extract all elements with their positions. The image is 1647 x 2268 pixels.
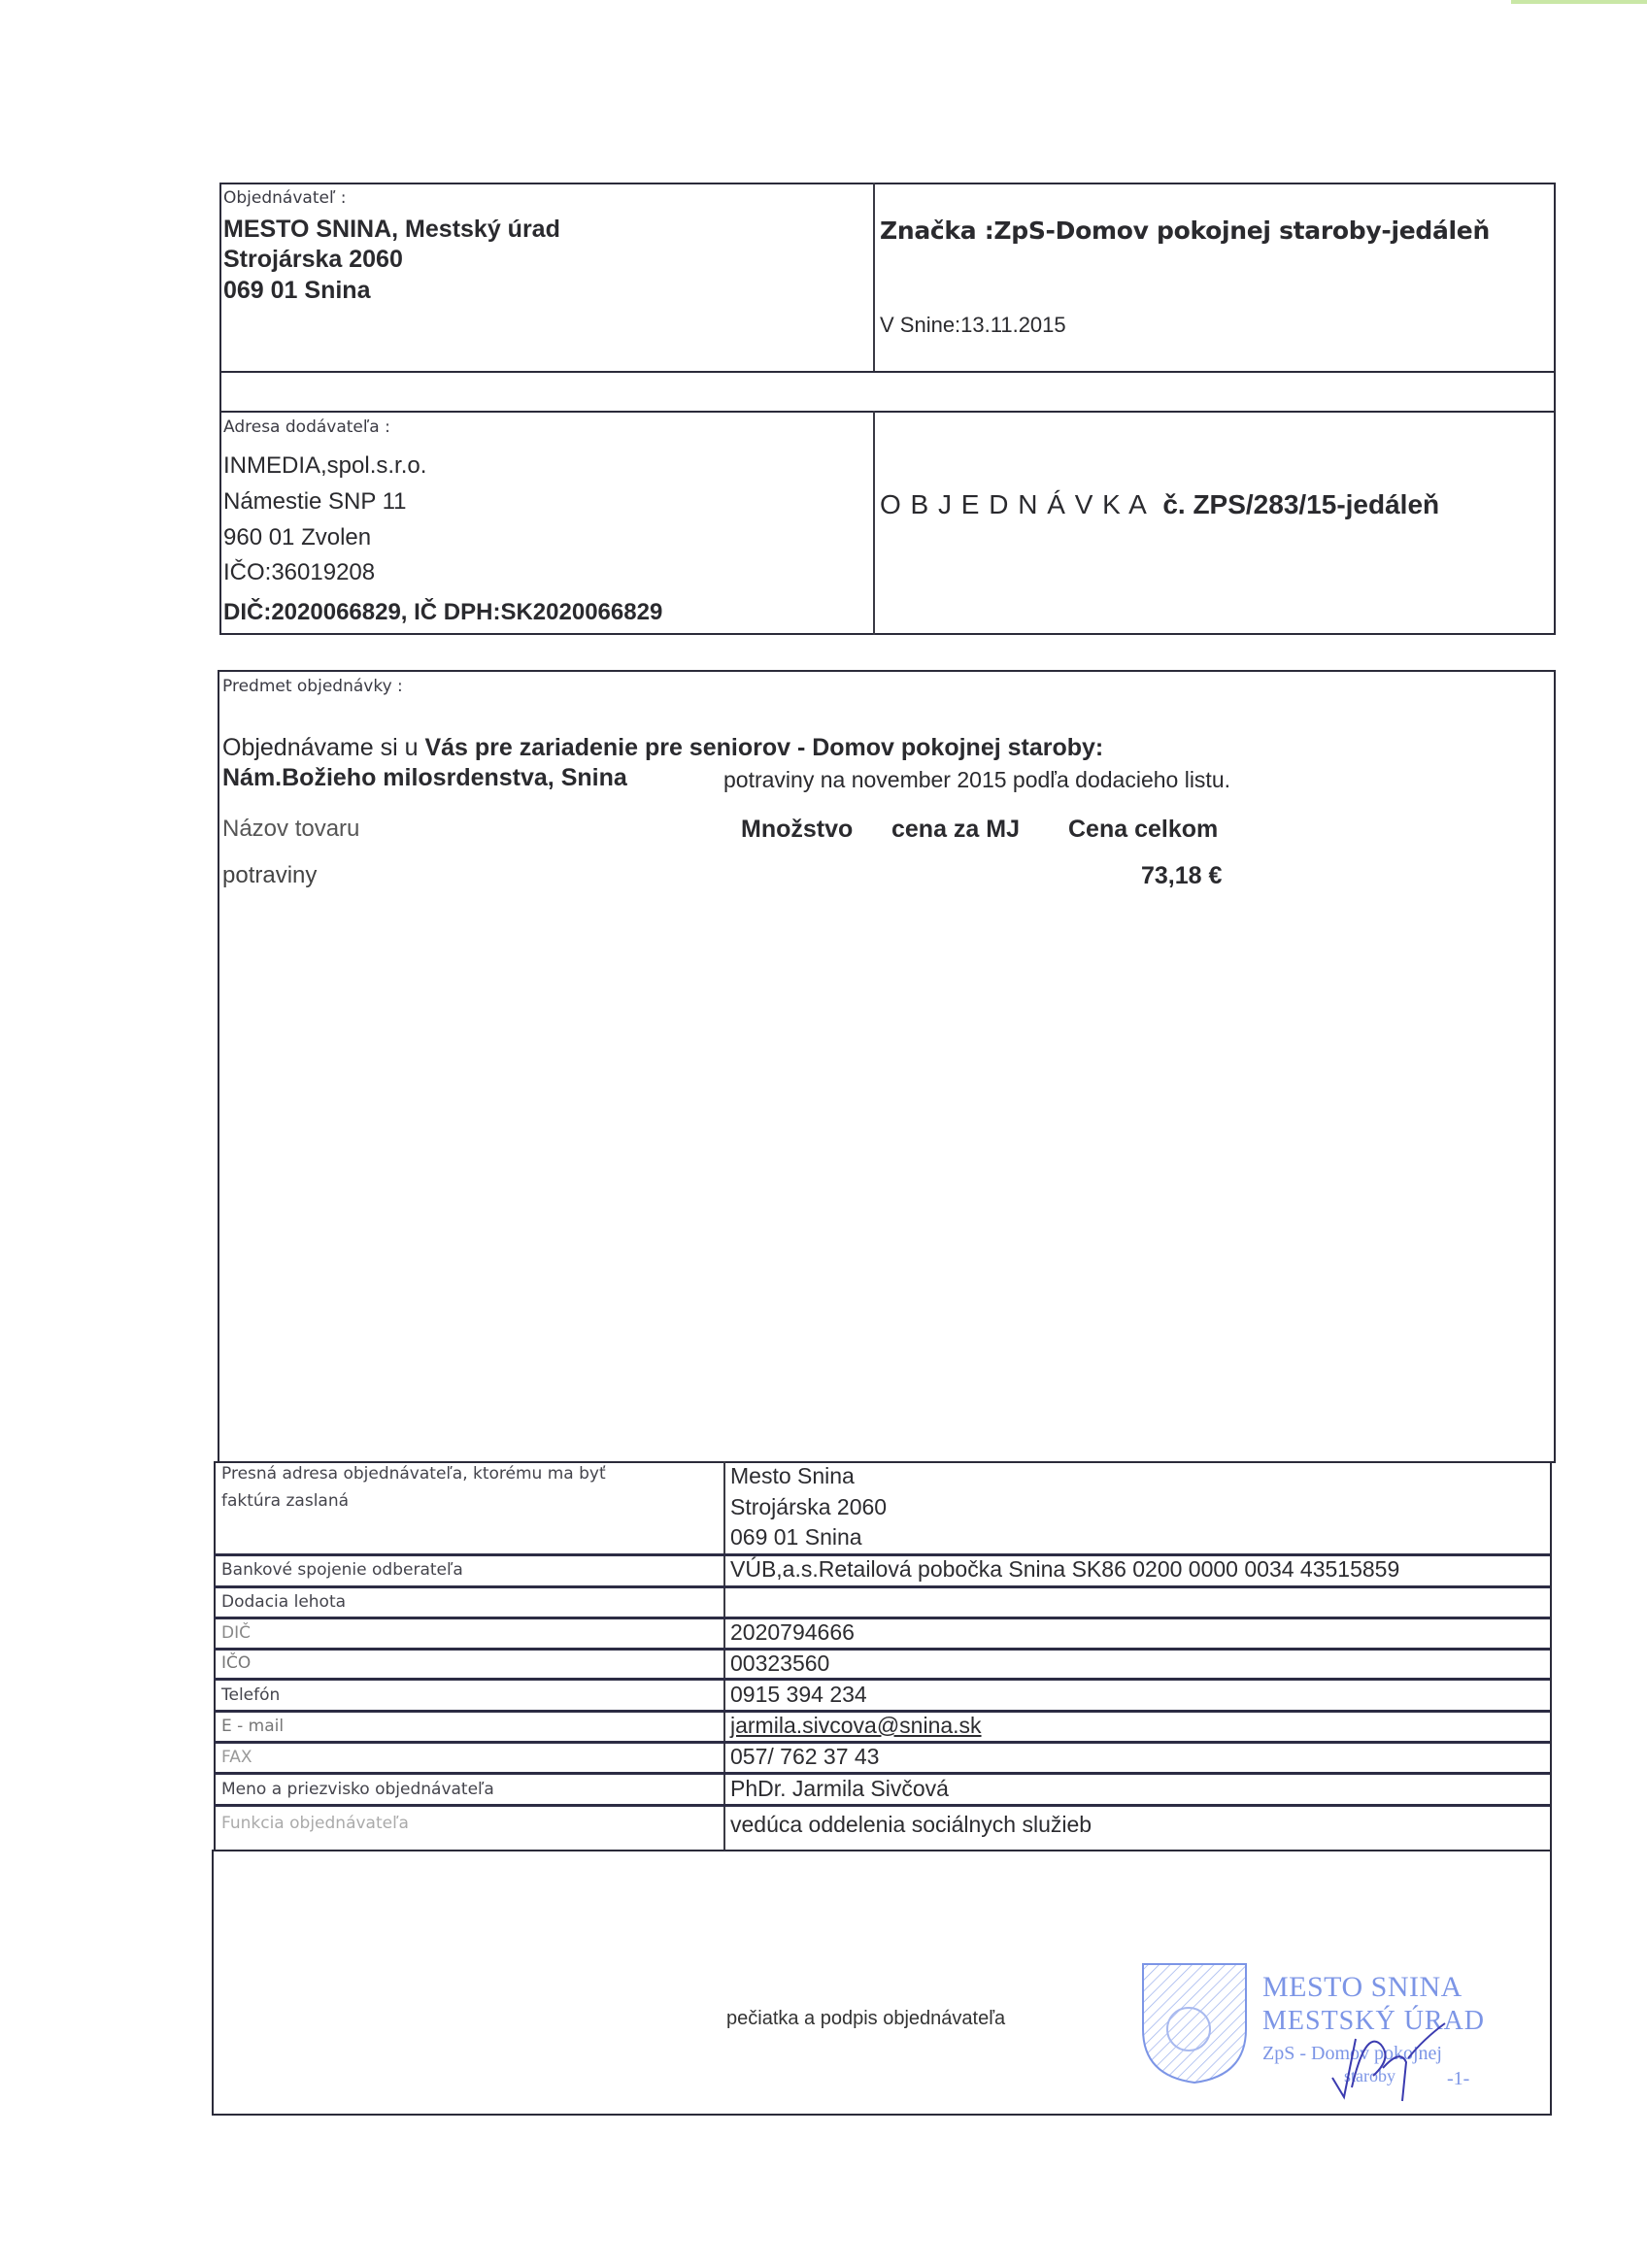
row-line	[214, 1741, 1550, 1744]
ico-label: IČO	[221, 1653, 251, 1673]
row-line	[214, 1678, 1550, 1681]
delivery-term-label: Dodacia lehota	[221, 1592, 346, 1612]
order-title: O B J E D N Á V K A č. ZPS/283/15-jedále…	[880, 489, 1439, 520]
subject-intro-light: Objednávame si u	[222, 734, 424, 761]
row-line	[214, 1585, 1550, 1588]
phone-value: 0915 394 234	[730, 1682, 867, 1708]
col-item-header: Názov tovaru	[222, 816, 359, 843]
phone-label: Telefón	[221, 1685, 280, 1705]
orderer-name: MESTO SNINA, Mestský úrad	[223, 216, 560, 244]
item-row: potraviny 73,18 €	[222, 862, 1543, 893]
orderer-function-value: vedúca oddelenia sociálnych služieb	[730, 1812, 1092, 1838]
supplier-label: Adresa dodávateľa :	[223, 417, 390, 437]
orderer-person-label: Meno a priezvisko objednávateľa	[221, 1780, 494, 1799]
subject-intro-bold: Vás pre zariadenie pre seniorov - Domov …	[424, 734, 1103, 761]
item-name: potraviny	[222, 862, 317, 889]
col-total-header: Cena celkom	[1068, 816, 1218, 844]
row-line	[214, 1804, 1550, 1807]
dic-value: 2020794666	[730, 1619, 855, 1646]
col-unit-price-header: cena za MJ	[891, 816, 1020, 844]
item-total: 73,18 €	[1141, 862, 1222, 890]
fax-label: FAX	[221, 1748, 252, 1767]
orderer-city: 069 01 Snina	[223, 277, 370, 305]
header-box	[219, 183, 1556, 373]
subject-label: Predmet objednávky :	[222, 677, 403, 696]
subject-description: potraviny na november 2015 podľa dodacie…	[723, 767, 1230, 793]
place-date: V Snine:13.11.2015	[880, 313, 1066, 338]
subject-address: Nám.Božieho milosrdenstva, Snina	[222, 764, 627, 792]
invoice-address-label: Presná adresa objednávateľa, ktorému ma …	[221, 1464, 606, 1484]
supplier-city: 960 01 Zvolen	[223, 524, 371, 551]
order-title-spaced: O B J E D N Á V K A	[880, 489, 1148, 519]
row-line	[214, 1772, 1550, 1775]
orderer-function-label: Funkcia objednávateľa	[221, 1814, 409, 1833]
supplier-divider	[873, 411, 875, 635]
invoice-address-line2: Strojárska 2060	[730, 1494, 887, 1520]
ico-value: 00323560	[730, 1651, 829, 1677]
col-quantity-header: Množstvo	[741, 816, 853, 844]
row-line	[214, 1617, 1550, 1619]
official-stamp: MESTO SNINA MESTSKÝ ÚRAD ZpS - Domov pok…	[1138, 1961, 1488, 2107]
header-divider	[873, 183, 875, 373]
signature-caption: pečiatka a podpis objednávateľa	[726, 2008, 1005, 2030]
bank-label: Bankové spojenie odberateľa	[221, 1560, 463, 1580]
orderer-person-value: PhDr. Jarmila Sivčová	[730, 1776, 949, 1802]
spacer-row	[219, 371, 1556, 413]
subject-intro: Objednávame si u Vás pre zariadenie pre …	[222, 734, 1103, 762]
email-label: E - mail	[221, 1717, 284, 1736]
details-divider	[723, 1461, 725, 1850]
handwritten-signature-icon	[1323, 2019, 1459, 2107]
supplier-dic: DIČ:2020066829, IČ DPH:SK2020066829	[223, 599, 662, 626]
orderer-street: Strojárska 2060	[223, 246, 403, 274]
invoice-address-label-2: faktúra zaslaná	[221, 1491, 349, 1511]
dic-label: DIČ	[221, 1623, 251, 1643]
supplier-ico: IČO:36019208	[223, 559, 375, 586]
fax-value: 057/ 762 37 43	[730, 1744, 879, 1770]
order-number: č. ZPS/283/15-jedáleň	[1162, 489, 1439, 519]
bank-value: VÚB,a.s.Retailová pobočka Snina SK86 020…	[730, 1556, 1399, 1583]
scan-edge-mark	[1511, 0, 1647, 4]
supplier-street: Námestie SNP 11	[223, 488, 407, 516]
invoice-address-line1: Mesto Snina	[730, 1463, 855, 1489]
email-link[interactable]: jarmila.sivcova@snina.sk	[730, 1713, 982, 1739]
reference-mark: Značka :ZpS-Domov pokojnej staroby-jedál…	[880, 217, 1490, 245]
stamp-line1: MESTO SNINA	[1262, 1971, 1462, 2004]
row-line	[214, 1648, 1550, 1651]
invoice-address-line3: 069 01 Snina	[730, 1524, 862, 1551]
supplier-name: INMEDIA,spol.s.r.o.	[223, 452, 426, 480]
coat-of-arms-icon	[1140, 1961, 1249, 2085]
orderer-label: Objednávateľ :	[223, 188, 346, 208]
